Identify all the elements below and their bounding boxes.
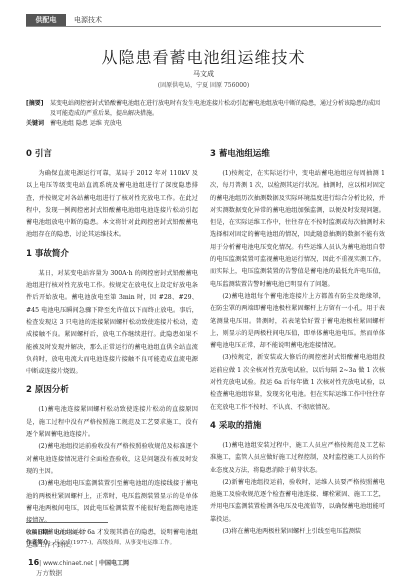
affiliation: (固原供电局，宁夏 固原 756000) bbox=[0, 80, 407, 89]
section-heading: 0 引言 bbox=[26, 148, 198, 160]
paragraph: 为确保直流电源运行可靠，某局于 2012 年对 110kV 及以上电压等级变电站… bbox=[26, 168, 198, 242]
watermark: 万方数据 bbox=[36, 568, 62, 577]
keywords-text: 蓄电池组 隐患 运维 充放电 bbox=[50, 119, 380, 129]
running-header: 供配电 电源技术 bbox=[26, 14, 381, 27]
brand-name: 中国电工网 bbox=[99, 560, 129, 567]
paragraph: 某日，对某变电站容量为 300A·h 的阀控密封式铅酸蓄电池组进行核对性充放电工… bbox=[26, 268, 198, 379]
paragraph: (1)蓄电池连接紧固螺杆松动致使连接片松动的直接原因是，施工过程中没有严格按照施… bbox=[26, 404, 198, 441]
paragraph: (3)按规定，新安装或大修后的阀控密封式铅酸蓄电池组投运前应做 1 次全核对性充… bbox=[210, 352, 385, 413]
abstract-text: 某变电站阀控密封式铅酸蓄电池组在进行放电时有发生电池连接片松动引起蓄电池组放电中… bbox=[50, 99, 380, 119]
page-footer: 16| www.chinaet.net | 中国电工网 bbox=[28, 558, 129, 567]
section-label: 电源技术 bbox=[74, 14, 102, 26]
page-number: 16 bbox=[28, 558, 39, 567]
section-heading: 3 蓄电池组运维 bbox=[210, 148, 385, 160]
section-heading: 4 采取的措施 bbox=[210, 420, 385, 432]
paragraph: (2)蓄电池组每个蓄电池连接片上方都盖有防尘及绝缘罩，在防尘罩的两端即蓄电池极柱… bbox=[210, 291, 385, 352]
author: 马文成 bbox=[0, 69, 407, 79]
abstract-block: [摘要]某变电站阀控密封式铅酸蓄电池组在进行放电时有发生电池连接片松动引起蓄电池… bbox=[26, 99, 381, 129]
section-heading: 2 原因分析 bbox=[26, 384, 198, 396]
right-column: 3 蓄电池组运维 (1)按规定，在实际运行中，变电站蓄电池组应每周抽测 1 次，… bbox=[210, 148, 385, 538]
received-label: 收稿日期： bbox=[26, 530, 54, 536]
paragraph: (3)蓄电池组电压监测装置引至蓄电池组的连接线接于蓄电池的两极柱紧固螺杆上，正常… bbox=[26, 478, 198, 527]
author-bio: 马文成(1977-)，高级技师，从事变电运维工作。 bbox=[54, 540, 175, 546]
footnote-divider bbox=[26, 522, 108, 523]
category-tag: 供配电 bbox=[26, 14, 66, 26]
article-title: 从隐患看蓄电池组运维技术 bbox=[0, 45, 407, 68]
site-url[interactable]: www.chinaet.net bbox=[43, 560, 93, 567]
paragraph: (2)蓄电池组投运前验收没有严格按照验收规范及标准逐个对蓄电池连接情况进行全面检… bbox=[26, 441, 198, 478]
section-heading: 1 事故简介 bbox=[26, 248, 198, 260]
keywords-label: 关键词 bbox=[26, 119, 50, 129]
received-date: 2013-08-07 bbox=[54, 530, 86, 536]
paragraph: (3)将在蓄电池两极柱紧固螺杆上引线至电压监测装 bbox=[210, 526, 385, 538]
bio-label: 作者简介： bbox=[26, 540, 54, 546]
footnotes: 收稿日期：2013-08-07 作者简介：马文成(1977-)，高级技师，从事变… bbox=[26, 528, 175, 548]
paragraph: (1)按规定，在实际运行中，变电站蓄电池组应每周抽测 1 次，每月普测 1 次，… bbox=[210, 168, 385, 291]
left-column: 0 引言 为确保直流电源运行可靠，某局于 2012 年对 110kV 及以上电压… bbox=[26, 148, 198, 552]
abstract-label: [摘要] bbox=[26, 99, 50, 109]
paragraph: (1)蓄电池组安装过程中，施工人员应严格按规范及工艺标准施工，监管人员应做好施工… bbox=[210, 440, 385, 477]
paragraph: (2)新蓄电池组投运前，验收时，运维人员要严格按照蓄电池施工及验收规范逐个检查蓄… bbox=[210, 477, 385, 526]
